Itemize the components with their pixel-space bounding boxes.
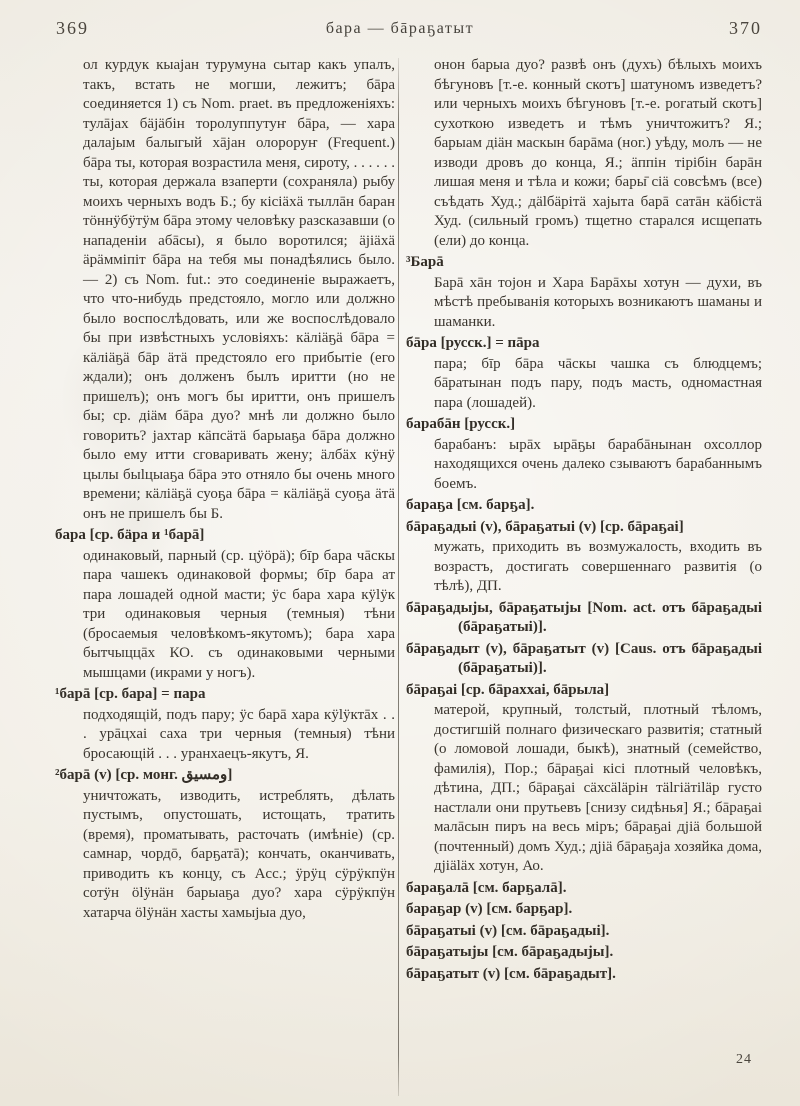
entry-headword: бāраҕадыі (v), бāраҕатыі (v) [ср. бāраҕа… <box>406 518 762 538</box>
entry-headword: бāраҕатыт (v) [см. бāраҕадыт]. <box>406 965 762 985</box>
entry-definition: матерой, крупный, толстый, плотный тѣлом… <box>406 701 762 877</box>
entry-definition: одинаковый, парный (ср. цÿöрä); бīр бара… <box>55 547 395 684</box>
entry-headword: барабāн [русск.] <box>406 415 762 435</box>
page-number-right: 370 <box>729 18 762 39</box>
entry-headword: бāраҕадыт (v), бāраҕатыт (v) [Caus. отъ … <box>406 640 762 679</box>
entry-headword: ²барā (v) [ср. монг. ومسيق] <box>55 766 395 786</box>
entry-definition: подходящій, подъ пару; ÿс барā хара кÿlÿ… <box>55 706 395 765</box>
entry-headword: бāраҕатыі (v) [см. бāраҕадыі]. <box>406 922 762 942</box>
left-column: ол курдук кыаjан турумуна сытар какъ упа… <box>55 56 395 1096</box>
running-head: бара — бāраҕатыт <box>0 20 800 38</box>
entry-definition: пара; бīр бāра чāскы чашка съ блюдцемъ; … <box>406 355 762 414</box>
entry-headword: бараҕалā [см. барҕалā]. <box>406 879 762 899</box>
entry-definition: Барā хāн тоjон и Хара Барāхы хотун — дух… <box>406 274 762 333</box>
entry-continuation: онон барыа дуо? развѣ онъ (духъ) бѣлыхъ … <box>406 56 762 251</box>
entry-headword: бараҕа [см. барҕа]. <box>406 496 762 516</box>
entry-continuation: ол курдук кыаjан турумуна сытар какъ упа… <box>55 56 395 524</box>
entry-headword: бараҕар (v) [см. барҕар]. <box>406 900 762 920</box>
entry-headword: бāраҕатыjы [см. бāраҕадыjы]. <box>406 943 762 963</box>
column-divider-rule <box>398 58 399 1096</box>
entry-headword: бāраҕаі [ср. бāраххаі, бāрыла] <box>406 681 762 701</box>
entry-headword: ¹барā [ср. бара] = пара <box>55 685 395 705</box>
right-column: онон барыа дуо? развѣ онъ (духъ) бѣлыхъ … <box>401 56 762 1096</box>
signature-mark: 24 <box>736 1052 752 1068</box>
entry-headword: бара [ср. бäра и ¹барā] <box>55 526 395 546</box>
dictionary-page-scan: 369 бара — бāраҕатыт 370 ол курдук кыаjа… <box>0 0 800 1106</box>
entry-headword: бāраҕадыjы, бāраҕатыjы [Nom. act. отъ бā… <box>406 599 762 638</box>
entry-definition: уничтожать, изводить, истреблять, дѣлать… <box>55 787 395 924</box>
entry-definition: барабанъ: ырāх ырāҕы барабāнынан охсолло… <box>406 436 762 495</box>
entry-definition: мужать, приходить въ возмужалость, входи… <box>406 538 762 597</box>
entry-headword: ³Барā <box>406 253 762 273</box>
entry-headword: бāра [русск.] = пāра <box>406 334 762 354</box>
text-columns: ол курдук кыаjан турумуна сытар какъ упа… <box>55 56 762 1096</box>
